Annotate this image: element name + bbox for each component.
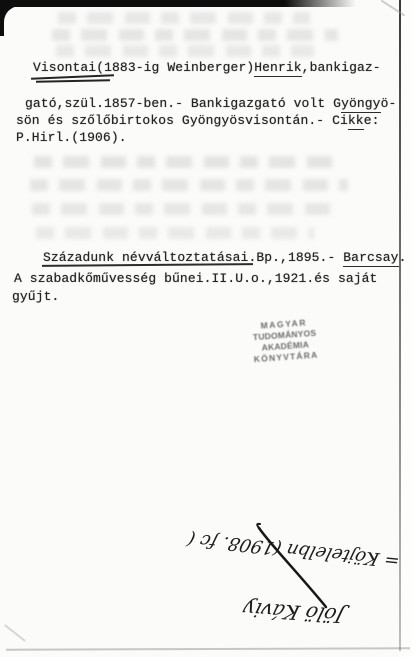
entry2-body-line2: gyűjt. xyxy=(12,289,59,304)
entry1-heading-line: Visontai(1883-ig Weinberger)Henrik,banki… xyxy=(33,60,381,75)
entry1-reference-line: P.Hirl.(1906). xyxy=(16,130,127,145)
ghost-bleedthrough-line xyxy=(34,156,334,168)
entry2-author: Barcsay xyxy=(343,250,398,267)
entry-forename: Henrik xyxy=(254,60,301,77)
entry-former-name: (1883-ig Weinberger) xyxy=(96,60,254,75)
entry1-body-text: G xyxy=(333,96,341,111)
ghost-bleedthrough-line xyxy=(56,45,314,57)
ghost-bleedthrough-line xyxy=(36,227,314,239)
ghost-bleedthrough-line xyxy=(52,29,338,41)
entry1-body-line2: sön és szőlőbirtokos Gyöngyösvisontán.- … xyxy=(16,113,380,128)
entry2-body-line1: A szabadkőművesség bűnei.II.U.o.,1921.és… xyxy=(14,271,377,286)
ghost-bleedthrough-line xyxy=(58,12,310,24)
entry-surname: Visontai xyxy=(33,60,96,75)
handwritten-note-lower: Jölö Káviy xyxy=(229,596,347,627)
ghost-bleedthrough-line xyxy=(32,203,340,215)
library-stamp: MAGYAR TUDOMÁNYOS AKADÉMIA KÖNYVTÁRA xyxy=(228,315,343,367)
scan-edge-top xyxy=(0,0,356,7)
scan-margin-right xyxy=(401,0,412,657)
underlined-place-fragment: yöngy xyxy=(341,96,381,113)
ghost-bleedthrough-line xyxy=(30,179,348,191)
entry1-body-text: Ci xyxy=(332,113,348,128)
entry-occupation-start: ,bankigaz- xyxy=(302,60,381,75)
entry2-title: Századunk névváltoztatásai xyxy=(43,250,248,265)
entry2-period: . xyxy=(399,250,407,265)
entry1-body-text: e: xyxy=(364,113,380,128)
entry1-body-text: sön és szőlőbirtokos Gyöngyösvisontán.- xyxy=(16,113,332,128)
entry1-body-text: gató,szül.1857-ben.- Bankigazgató volt xyxy=(25,96,333,111)
card-rounded-corner xyxy=(4,6,48,50)
entry1-body-text: ö- xyxy=(381,96,397,111)
underlined-word-fragment: kk xyxy=(348,113,364,130)
card-corner-bottom-left xyxy=(4,624,25,641)
entry2-imprint: .Bp.,1895.- xyxy=(248,250,343,265)
handwritten-note-upper: = Köjtelelbn (1908. fc ( xyxy=(198,530,402,571)
entry1-body-line1: gató,szül.1857-ben.- Bankigazgató volt G… xyxy=(25,96,396,111)
card-edge-bottom xyxy=(6,647,410,650)
entry2-title-line: Századunk névváltoztatásai.Bp.,1895.- Ba… xyxy=(43,250,406,265)
